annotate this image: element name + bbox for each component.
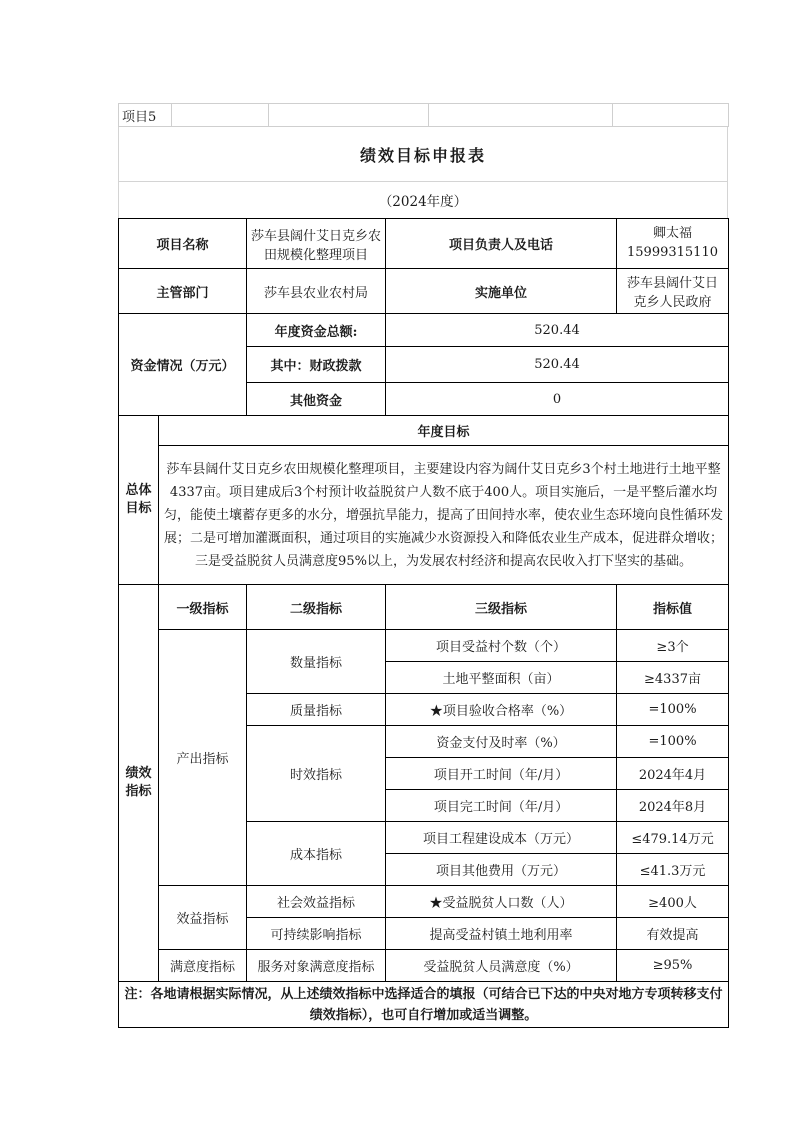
indicator-name: 项目工程建设成本（万元） [386, 822, 617, 854]
top-row-empty-cell [613, 104, 729, 127]
indicators-label: 绩效 指标 [119, 585, 159, 982]
indicator-value: =100% [617, 726, 729, 758]
top-row-label: 项目5 [119, 104, 172, 127]
header-value: 指标值 [617, 585, 729, 630]
indicator-value: ≥95% [617, 950, 729, 982]
form-year: （2024年度） [119, 182, 727, 218]
level2-quality: 质量指标 [247, 694, 386, 726]
level2-social: 社会效益指标 [247, 886, 386, 918]
top-row-empty-cell [429, 104, 613, 127]
funds-total-value: 520.44 [386, 314, 729, 347]
indicator-row: 满意度指标 服务对象满意度指标 受益脱贫人员满意度（%） ≥95% [119, 950, 729, 982]
funds-other-label: 其他资金 [247, 383, 386, 416]
header-level2: 二级指标 [247, 585, 386, 630]
header-level3: 三级指标 [386, 585, 617, 630]
indicator-value: ≥4337亩 [617, 662, 729, 694]
indicator-name: ★项目验收合格率（%） [386, 694, 617, 726]
funds-total-label: 年度资金总额: [247, 314, 386, 347]
indicator-value: =100% [617, 694, 729, 726]
indicator-value: ≥400人 [617, 886, 729, 918]
level1-satisfaction: 满意度指标 [159, 950, 247, 982]
level2-timeliness: 时效指标 [247, 726, 386, 822]
indicator-name: ★受益脱贫人口数（人） [386, 886, 617, 918]
level2-service: 服务对象满意度指标 [247, 950, 386, 982]
funds-fiscal-label: 其中：财政拨款 [247, 347, 386, 383]
annual-goal-header: 年度目标 [159, 416, 729, 446]
project-name-label: 项目名称 [119, 219, 247, 269]
leader-phone: 15999315110 [621, 244, 724, 263]
funds-other-value: 0 [386, 383, 729, 416]
indicator-value: 有效提高 [617, 918, 729, 950]
footer-note: 注：各地请根据实际情况，从上述绩效指标中选择适合的填报（可结合已下达的中央对地方… [119, 982, 729, 1028]
annual-goal-text: 莎车县阔什艾日克乡农田规模化整理项目，主要建设内容为阔什艾日克乡3个村土地进行土… [159, 446, 729, 585]
leader-label: 项目负责人及电话 [386, 219, 617, 269]
indicator-row: 效益指标 社会效益指标 ★受益脱贫人口数（人） ≥400人 [119, 886, 729, 918]
indicator-name: 提高受益村镇土地利用率 [386, 918, 617, 950]
overall-goal-label-line2: 目标 [123, 500, 154, 518]
indicator-row: 产出指标 数量指标 项目受益村个数（个） ≥3个 [119, 630, 729, 662]
project-name-value: 莎车县阔什艾日克乡农田规模化整理项目 [247, 219, 386, 269]
overall-goal-label: 总体 目标 [119, 416, 159, 585]
indicator-name: 资金支付及时率（%） [386, 726, 617, 758]
document-page: 项目5 绩效目标申报表 （2024年度） 项目名称 莎车县阔什艾日克乡农田规模化… [0, 0, 793, 1122]
funds-fiscal-value: 520.44 [386, 347, 729, 383]
dept-label: 主管部门 [119, 269, 247, 314]
indicators-label-line1: 绩效 [123, 765, 154, 783]
funds-label: 资金情况（万元） [119, 314, 247, 416]
leader-name: 卿太福 [621, 225, 724, 244]
indicator-name: 项目完工时间（年/月） [386, 790, 617, 822]
impl-value: 莎车县阔什艾日克乡人民政府 [617, 269, 729, 314]
dept-value: 莎车县农业农村局 [247, 269, 386, 314]
header-level1: 一级指标 [159, 585, 247, 630]
level2-cost: 成本指标 [247, 822, 386, 886]
indicator-value: ≤479.14万元 [617, 822, 729, 854]
title-block: 绩效目标申报表 （2024年度） [118, 127, 728, 218]
leader-value: 卿太福 15999315110 [617, 219, 729, 269]
indicator-value: 2024年8月 [617, 790, 729, 822]
form-content: 项目5 绩效目标申报表 （2024年度） 项目名称 莎车县阔什艾日克乡农田规模化… [118, 103, 728, 1028]
indicator-name: 受益脱贫人员满意度（%） [386, 950, 617, 982]
level2-quantity: 数量指标 [247, 630, 386, 694]
indicator-name: 项目其他费用（万元） [386, 854, 617, 886]
indicator-name: 土地平整面积（亩） [386, 662, 617, 694]
top-row-empty-cell [172, 104, 269, 127]
indicator-name: 项目开工时间（年/月） [386, 758, 617, 790]
indicator-value: ≥3个 [617, 630, 729, 662]
indicator-name: 项目受益村个数（个） [386, 630, 617, 662]
top-row-empty-cell [269, 104, 429, 127]
level2-sustain: 可持续影响指标 [247, 918, 386, 950]
overall-goal-label-line1: 总体 [123, 482, 154, 500]
impl-label: 实施单位 [386, 269, 617, 314]
indicators-label-line2: 指标 [123, 783, 154, 801]
form-title: 绩效目标申报表 [119, 127, 727, 182]
indicator-value: 2024年4月 [617, 758, 729, 790]
spreadsheet-top-row: 项目5 [118, 103, 729, 127]
performance-target-table: 项目名称 莎车县阔什艾日克乡农田规模化整理项目 项目负责人及电话 卿太福 159… [118, 218, 729, 1028]
level1-output: 产出指标 [159, 630, 247, 886]
level1-benefit: 效益指标 [159, 886, 247, 950]
indicator-value: ≤41.3万元 [617, 854, 729, 886]
